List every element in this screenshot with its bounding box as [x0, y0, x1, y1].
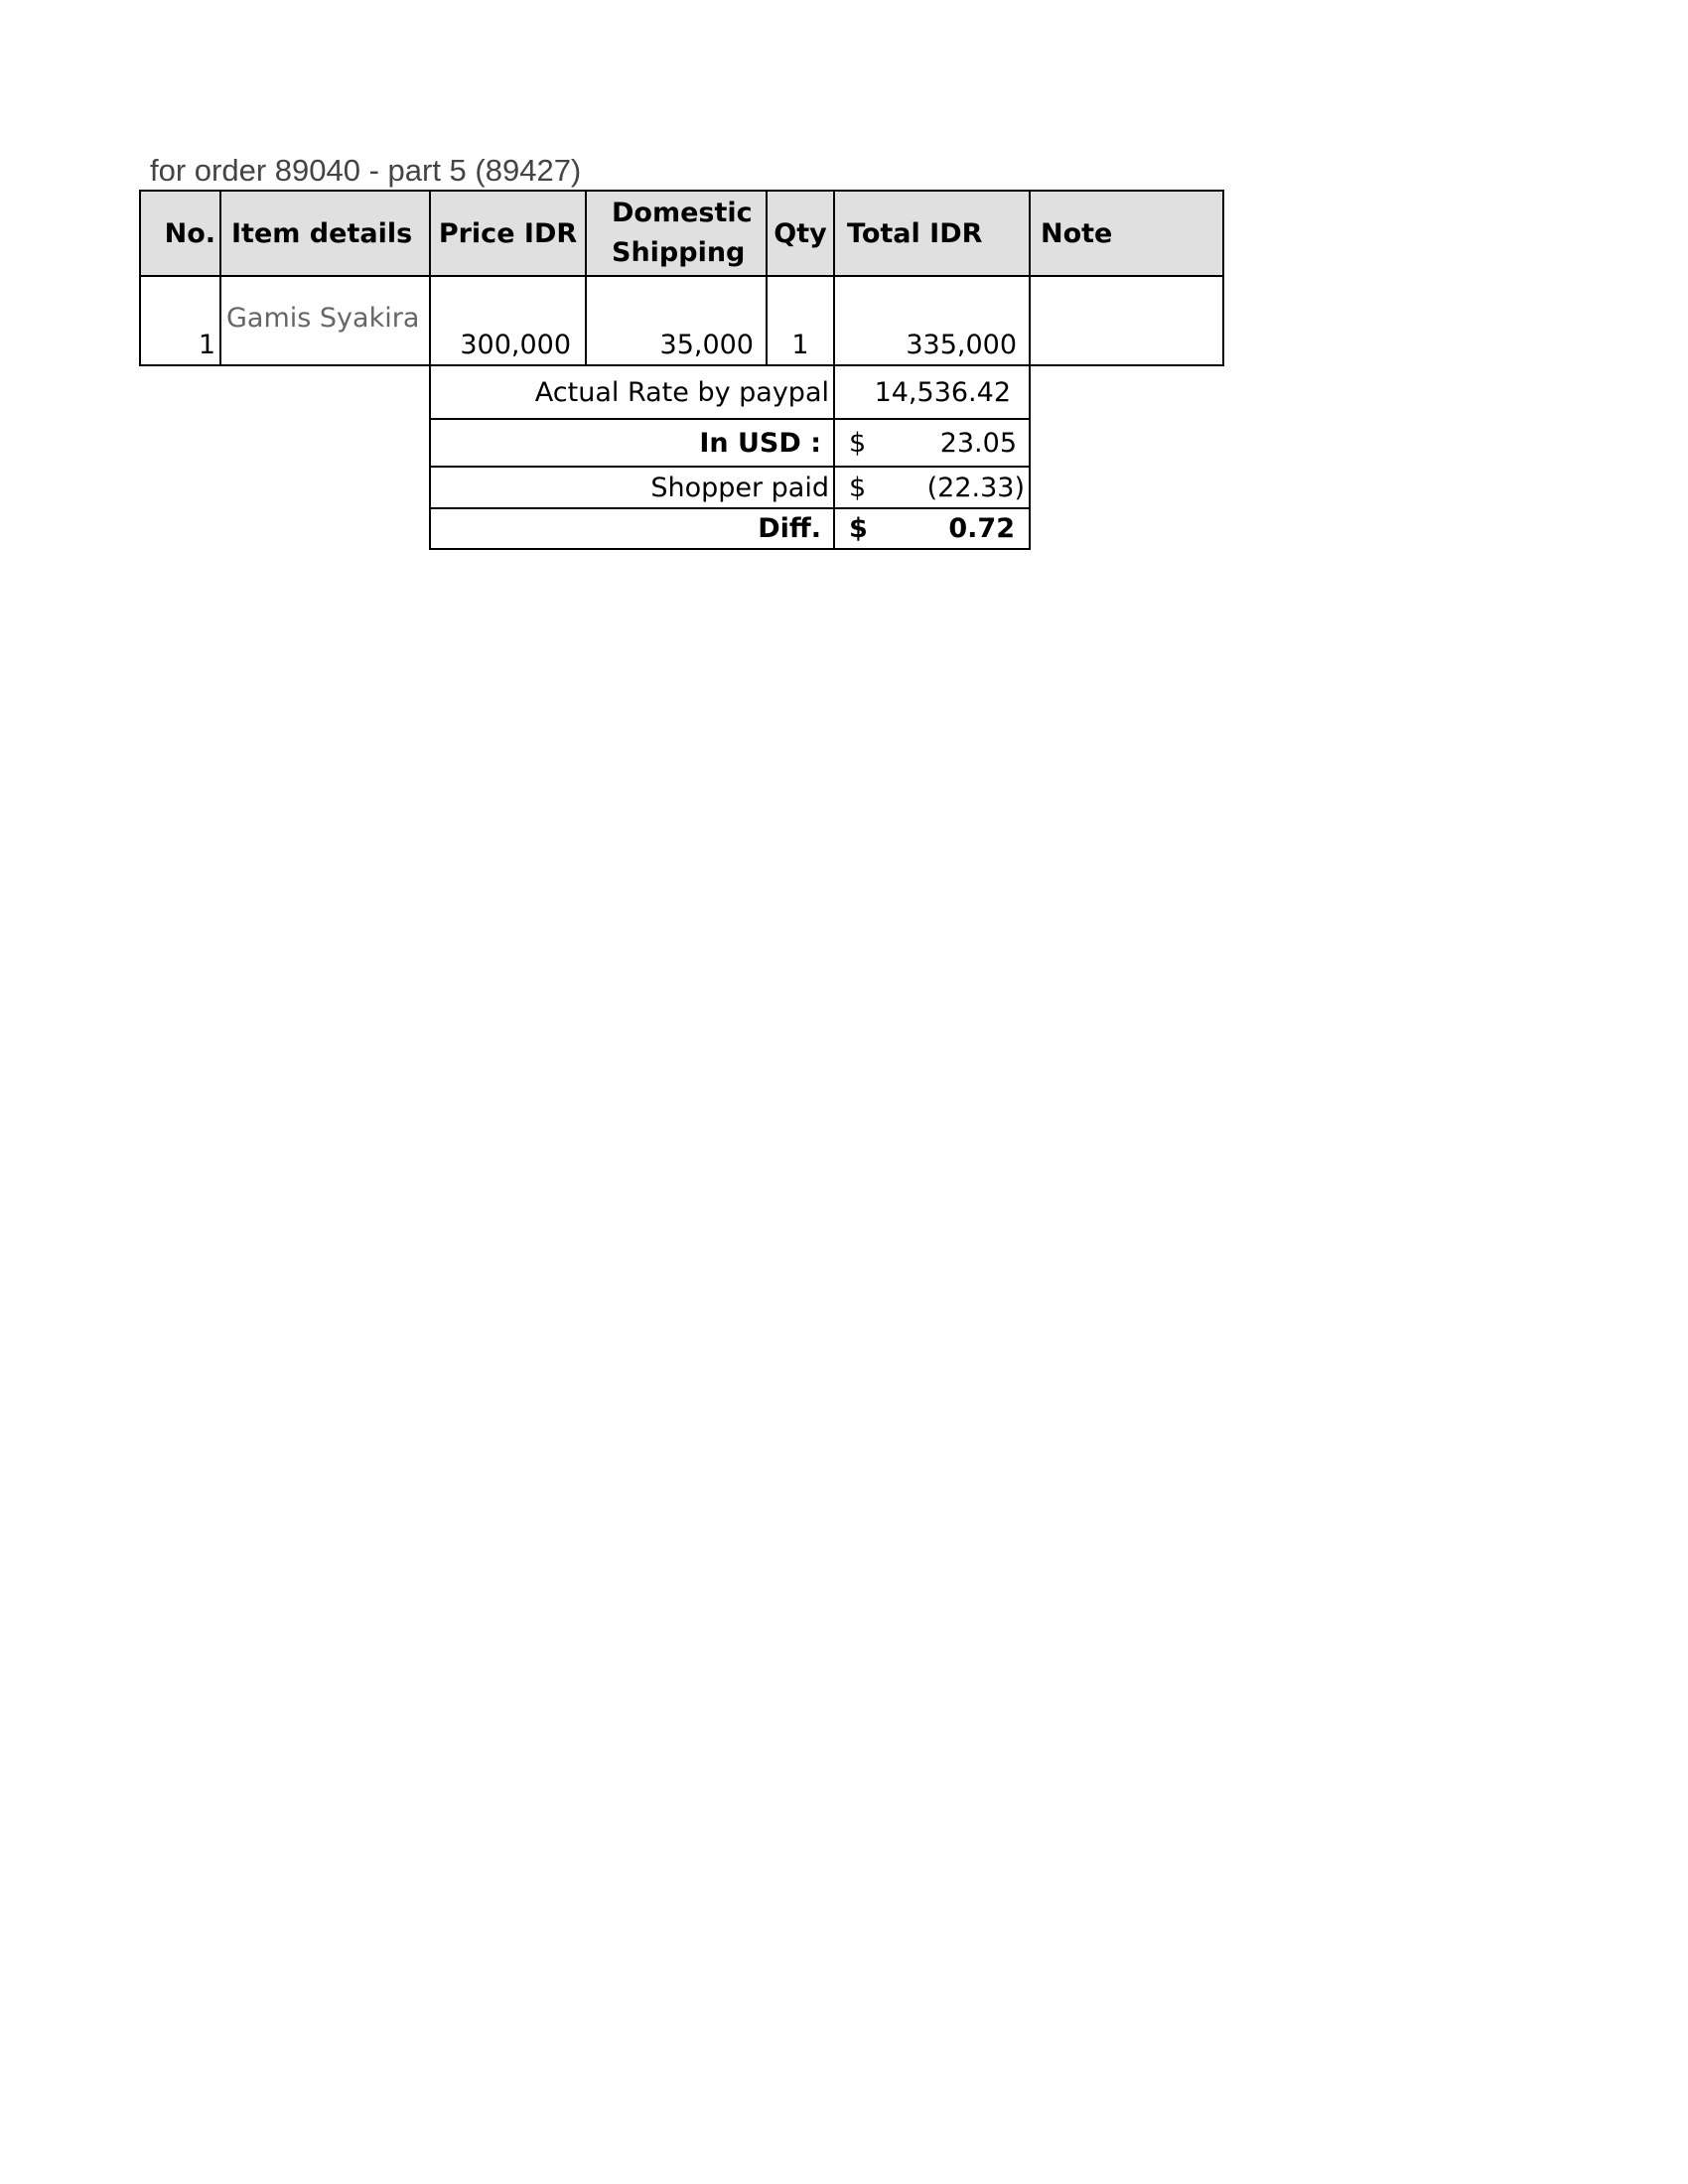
header-total-idr: Total IDR	[833, 190, 1031, 277]
diff-label-text: Diff.	[758, 513, 821, 544]
usd-label: In USD :	[429, 418, 835, 468]
table-row-no: 1	[139, 275, 221, 366]
diff-label: Diff.	[429, 507, 835, 550]
order-title: for order 89040 - part 5 (89427)	[150, 153, 581, 189]
header-item-details: Item details	[219, 190, 431, 277]
shopper-paid-value-text: (22.33)	[927, 473, 1025, 503]
diff-currency: $	[849, 513, 868, 544]
usd-value-text: 23.05	[940, 428, 1017, 459]
row-price-value: 300,000	[460, 330, 571, 360]
row-item-value: Gamis Syakira	[226, 303, 419, 334]
diff-value-text: 0.72	[948, 513, 1015, 544]
header-domestic-shipping: Domestic Shipping	[585, 190, 768, 277]
header-price-idr: Price IDR	[429, 190, 587, 277]
header-total-label: Total IDR	[847, 218, 982, 249]
header-note: Note	[1029, 190, 1224, 277]
header-no: No.	[139, 190, 221, 277]
header-note-label: Note	[1041, 218, 1112, 249]
row-shipping-value: 35,000	[660, 330, 754, 360]
header-no-label: No.	[165, 218, 215, 249]
usd-label-text: In USD :	[699, 428, 821, 459]
row-total-value: 335,000	[906, 330, 1017, 360]
paid-currency: $	[849, 473, 866, 503]
rate-value: 14,536.42	[833, 364, 1031, 420]
table-row-note	[1029, 275, 1224, 366]
table-row-shipping: 35,000	[585, 275, 768, 366]
table-row-item: Gamis Syakira	[219, 275, 431, 366]
row-no-value: 1	[199, 330, 215, 360]
header-shipping-label: Domestic Shipping	[612, 194, 741, 273]
shopper-paid-label: Shopper paid	[429, 466, 835, 509]
table-row-qty: 1	[766, 275, 835, 366]
table-row-total: 335,000	[833, 275, 1031, 366]
rate-label-text: Actual Rate by paypal	[535, 377, 829, 408]
rate-value-text: 14,536.42	[875, 377, 1011, 408]
header-price-label: Price IDR	[439, 218, 577, 249]
header-qty: Qty	[766, 190, 835, 277]
shopper-paid-value: $(22.33)	[833, 466, 1031, 509]
rate-label: Actual Rate by paypal	[429, 364, 835, 420]
usd-currency: $	[849, 428, 866, 459]
header-qty-label: Qty	[774, 218, 826, 249]
header-item-label: Item details	[231, 218, 412, 249]
row-qty-value: 1	[791, 330, 808, 360]
usd-value: $23.05	[833, 418, 1031, 468]
diff-value: $0.72	[833, 507, 1031, 550]
shopper-paid-label-text: Shopper paid	[650, 473, 829, 503]
table-row-price: 300,000	[429, 275, 587, 366]
